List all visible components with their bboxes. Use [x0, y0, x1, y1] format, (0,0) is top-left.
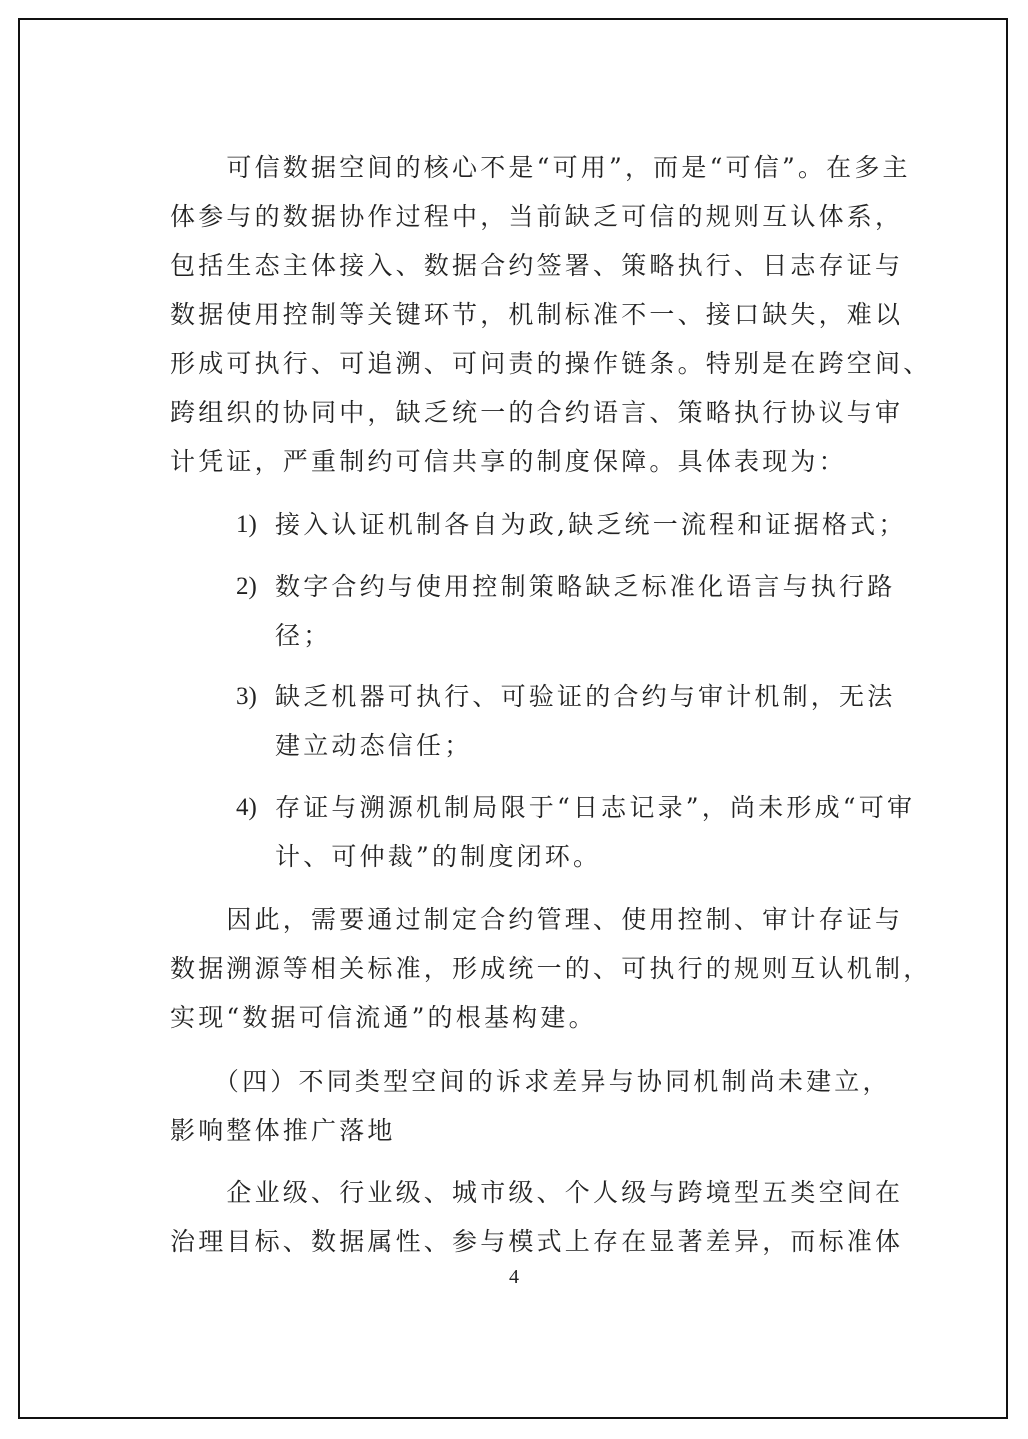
text-line: 数据溯源等相关标准，形成统一的、可执行的规则互认机制，	[170, 954, 860, 984]
text-line: 因此，需要通过制定合约管理、使用控制、审计存证与	[170, 905, 860, 935]
list-item-text: 接入认证机制各自为政,缺乏统一流程和证据格式；	[275, 510, 860, 540]
list-item-text: 建立动态信任；	[275, 731, 860, 761]
list-item-text: 缺乏机器可执行、可验证的合约与审计机制，无法	[275, 682, 860, 712]
list-number: 2)	[236, 572, 257, 602]
text-line: 形成可执行、可追溯、可问责的操作链条。特别是在跨空间、	[170, 349, 860, 379]
heading-line: 影响整体推广落地	[170, 1116, 860, 1146]
text-line: 跨组织的协同中，缺乏统一的合约语言、策略执行协议与审	[170, 398, 860, 428]
list-item-text: 计、可仲裁”的制度闭环。	[275, 842, 860, 872]
text-line: 体参与的数据协作过程中，当前缺乏可信的规则互认体系，	[170, 202, 860, 232]
list-item-text: 径；	[275, 621, 860, 651]
text-line: 可信数据空间的核心不是“可用”，而是“可信”。在多主	[170, 153, 860, 183]
list-number: 3)	[236, 682, 257, 712]
text-line: 计凭证，严重制约可信共享的制度保障。具体表现为：	[170, 447, 860, 477]
page-number: 4	[0, 1266, 1028, 1289]
heading-line: （四）不同类型空间的诉求差异与协同机制尚未建立，	[170, 1067, 860, 1097]
text-line: 企业级、行业级、城市级、个人级与跨境型五类空间在	[170, 1178, 860, 1208]
text-line: 包括生态主体接入、数据合约签署、策略执行、日志存证与	[170, 251, 860, 281]
text-line: 治理目标、数据属性、参与模式上存在显著差异，而标准体	[170, 1227, 860, 1257]
list-item-text: 存证与溯源机制局限于“日志记录”，尚未形成“可审	[275, 793, 860, 823]
text-line: 数据使用控制等关键环节，机制标准不一、接口缺失，难以	[170, 300, 860, 330]
list-item-text: 数字合约与使用控制策略缺乏标准化语言与执行路	[275, 572, 860, 602]
list-number: 1)	[236, 510, 257, 540]
text-line: 实现“数据可信流通”的根基构建。	[170, 1003, 860, 1033]
list-number: 4)	[236, 793, 257, 823]
